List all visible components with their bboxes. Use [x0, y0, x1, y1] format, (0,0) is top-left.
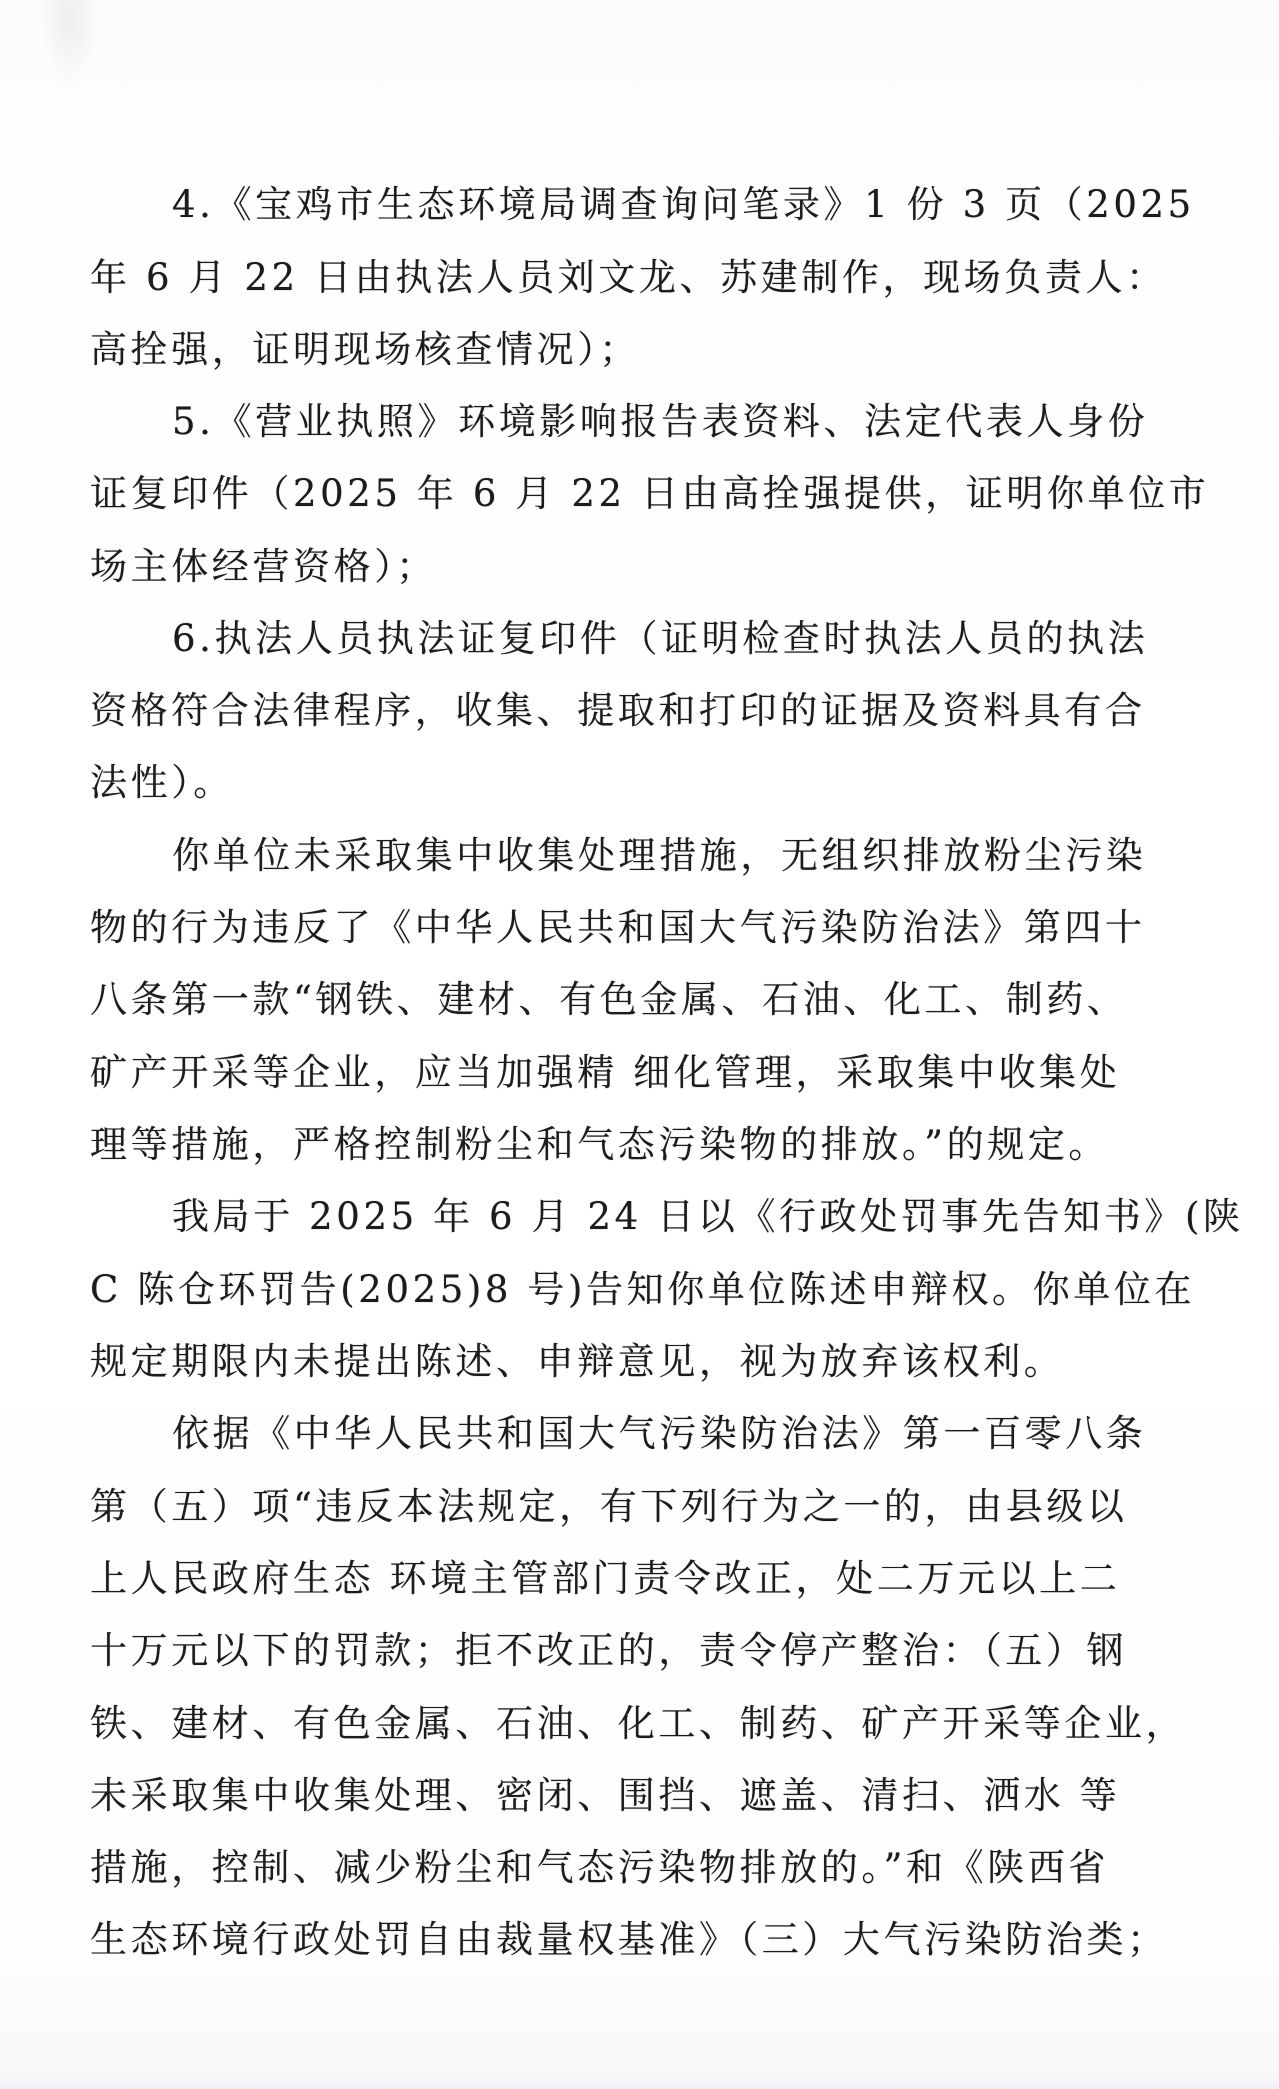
basis-paragraph-line-8: 生态环境行政处罚自由裁量权基准》（三）大气污染防治类；	[90, 1910, 1150, 1970]
violation-paragraph-line-2: 物的行为违反了《中华人民共和国大气污染防治法》第四十	[90, 898, 1150, 958]
basis-paragraph-line-7: 措施，控制、减少粉尘和气态污染物排放的。”和《陕西省	[90, 1838, 1150, 1898]
document-page: 4.《宝鸡市生态环境局调查询问笔录》1 份 3 页（2025 年 6 月 22 …	[0, 0, 1279, 2089]
notice-paragraph-line-1: 我局于 2025 年 6 月 24 日以《行政处罚事先告知书》(陕	[172, 1187, 1152, 1247]
scan-artifact	[40, 0, 100, 90]
scan-artifact-bottom	[0, 2069, 1279, 2089]
notice-paragraph-line-2: C 陈仓环罚告(2025)8 号)告知你单位陈述申辩权。你单位在	[90, 1260, 1150, 1320]
evidence-item-5-line-1: 5.《营业执照》环境影响报告表资料、法定代表人身份	[172, 392, 1152, 452]
basis-paragraph-line-2: 第（五）项“违反本法规定，有下列行为之一的，由县级以	[90, 1477, 1150, 1537]
violation-paragraph-line-5: 理等措施，严格控制粉尘和气态污染物的排放。”的规定。	[90, 1115, 1150, 1175]
basis-paragraph-line-5: 铁、建材、有色金属、石油、化工、制药、矿产开采等企业，	[90, 1694, 1150, 1754]
evidence-item-6-line-1: 6.执法人员执法证复印件（证明检查时执法人员的执法	[172, 609, 1152, 669]
evidence-item-4-line-1: 4.《宝鸡市生态环境局调查询问笔录》1 份 3 页（2025	[172, 175, 1152, 235]
evidence-item-6-line-3: 法性）。	[90, 753, 1150, 813]
evidence-item-4-line-2: 年 6 月 22 日由执法人员刘文龙、苏建制作，现场负责人：	[90, 248, 1150, 308]
evidence-item-5-line-2: 证复印件（2025 年 6 月 22 日由高拴强提供，证明你单位市	[90, 464, 1150, 524]
notice-paragraph-line-3: 规定期限内未提出陈述、申辩意见，视为放弃该权利。	[90, 1332, 1150, 1392]
evidence-item-4-line-3: 高拴强，证明现场核查情况）；	[90, 320, 1150, 380]
evidence-item-6-line-2: 资格符合法律程序，收集、提取和打印的证据及资料具有合	[90, 681, 1150, 741]
basis-paragraph-line-6: 未采取集中收集处理、密闭、围挡、遮盖、清扫、洒水 等	[90, 1766, 1150, 1826]
basis-paragraph-line-4: 十万元以下的罚款；拒不改正的，责令停产整治：（五）钢	[90, 1621, 1150, 1681]
evidence-item-5-line-3: 场主体经营资格）；	[90, 537, 1150, 597]
violation-paragraph-line-3: 八条第一款“钢铁、建材、有色金属、石油、化工、制药、	[90, 970, 1150, 1030]
basis-paragraph-line-3: 上人民政府生态 环境主管部门责令改正，处二万元以上二	[90, 1549, 1150, 1609]
basis-paragraph-line-1: 依据《中华人民共和国大气污染防治法》第一百零八条	[172, 1404, 1152, 1464]
violation-paragraph-line-1: 你单位未采取集中收集处理措施，无组织排放粉尘污染	[172, 826, 1152, 886]
violation-paragraph-line-4: 矿产开采等企业，应当加强精 细化管理，采取集中收集处	[90, 1043, 1150, 1103]
